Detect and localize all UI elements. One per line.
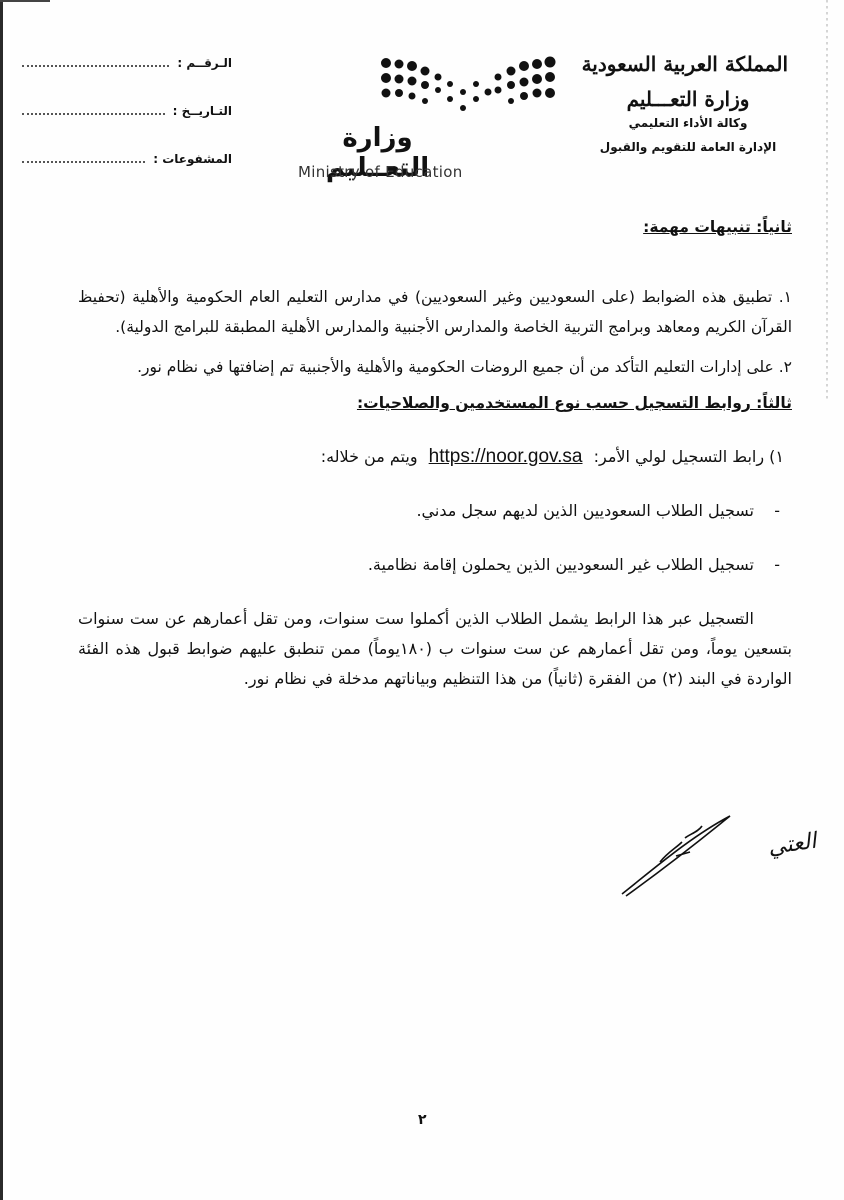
page-number: ٢: [418, 1112, 427, 1128]
date-value: [22, 103, 165, 115]
registration-link-item: ١) رابط التسجيل لولي الأمر: https://noor…: [78, 442, 792, 472]
kingdom-name: المملكة العربية السعودية: [588, 50, 788, 78]
logo-dots-icon: [380, 55, 560, 115]
scan-edge-top: [0, 0, 50, 2]
link-suffix: ويتم من خلاله:: [321, 447, 418, 466]
signature-name: العتي: [766, 829, 817, 860]
document-page: المملكة العربية السعودية وزارة التعـــلي…: [0, 0, 844, 1200]
attachments-label: المشفوعات :: [153, 152, 232, 166]
scan-dots-right: [826, 0, 828, 400]
logo-english-text: Ministry of Education: [298, 163, 463, 181]
signature-scribble-icon: [590, 812, 790, 902]
ministry-name: وزارة التعـــليم: [588, 84, 788, 114]
number-field: الـرقــم :: [22, 55, 232, 103]
bullet-item: تسجيل الطلاب السعوديين الذين لديهم سجل م…: [78, 496, 792, 526]
notice-item-2: ٢. على إدارات التعليم التأكد من أن جميع …: [78, 352, 792, 382]
document-body: ثانياً: تنبيهات مهمة: ١. تطبيق هذه الضوا…: [78, 212, 792, 694]
bullet-item: التسجيل عبر هذا الرابط يشمل الطلاب الذين…: [78, 604, 792, 694]
number-value: [22, 55, 169, 67]
date-field: التـاريــخ :: [22, 103, 232, 151]
attachments-value: [22, 151, 145, 163]
section-2-title: ثانياً: تنبيهات مهمة:: [78, 212, 792, 242]
link-prefix: ١) رابط التسجيل لولي الأمر:: [594, 447, 784, 466]
agency-name: وكالة الأداء التعليمي: [588, 114, 788, 132]
attachments-field: المشفوعات :: [22, 151, 232, 199]
number-label: الـرقــم :: [177, 56, 232, 70]
department-name: الإدارة العامة للتقويم والقبول: [588, 138, 788, 156]
bullet-item: تسجيل الطلاب غير السعوديين الذين يحملون …: [78, 550, 792, 580]
scan-edge-left: [0, 0, 3, 1200]
ministry-logo: وزارة التعــليم Ministry of Education: [290, 55, 500, 185]
letterhead-right: المملكة العربية السعودية وزارة التعـــلي…: [588, 50, 788, 156]
noor-link[interactable]: https://noor.gov.sa: [429, 446, 583, 467]
registration-bullets: تسجيل الطلاب السعوديين الذين لديهم سجل م…: [78, 496, 792, 694]
section-3-title: ثالثاً: روابط التسجيل حسب نوع المستخدمين…: [78, 388, 792, 418]
date-label: التـاريــخ :: [173, 104, 232, 118]
letterhead-fields: الـرقــم : التـاريــخ : المشفوعات :: [22, 55, 232, 199]
notice-item-1: ١. تطبيق هذه الضوابط (على السعوديين وغير…: [78, 282, 792, 342]
signature: العتي: [620, 812, 820, 902]
